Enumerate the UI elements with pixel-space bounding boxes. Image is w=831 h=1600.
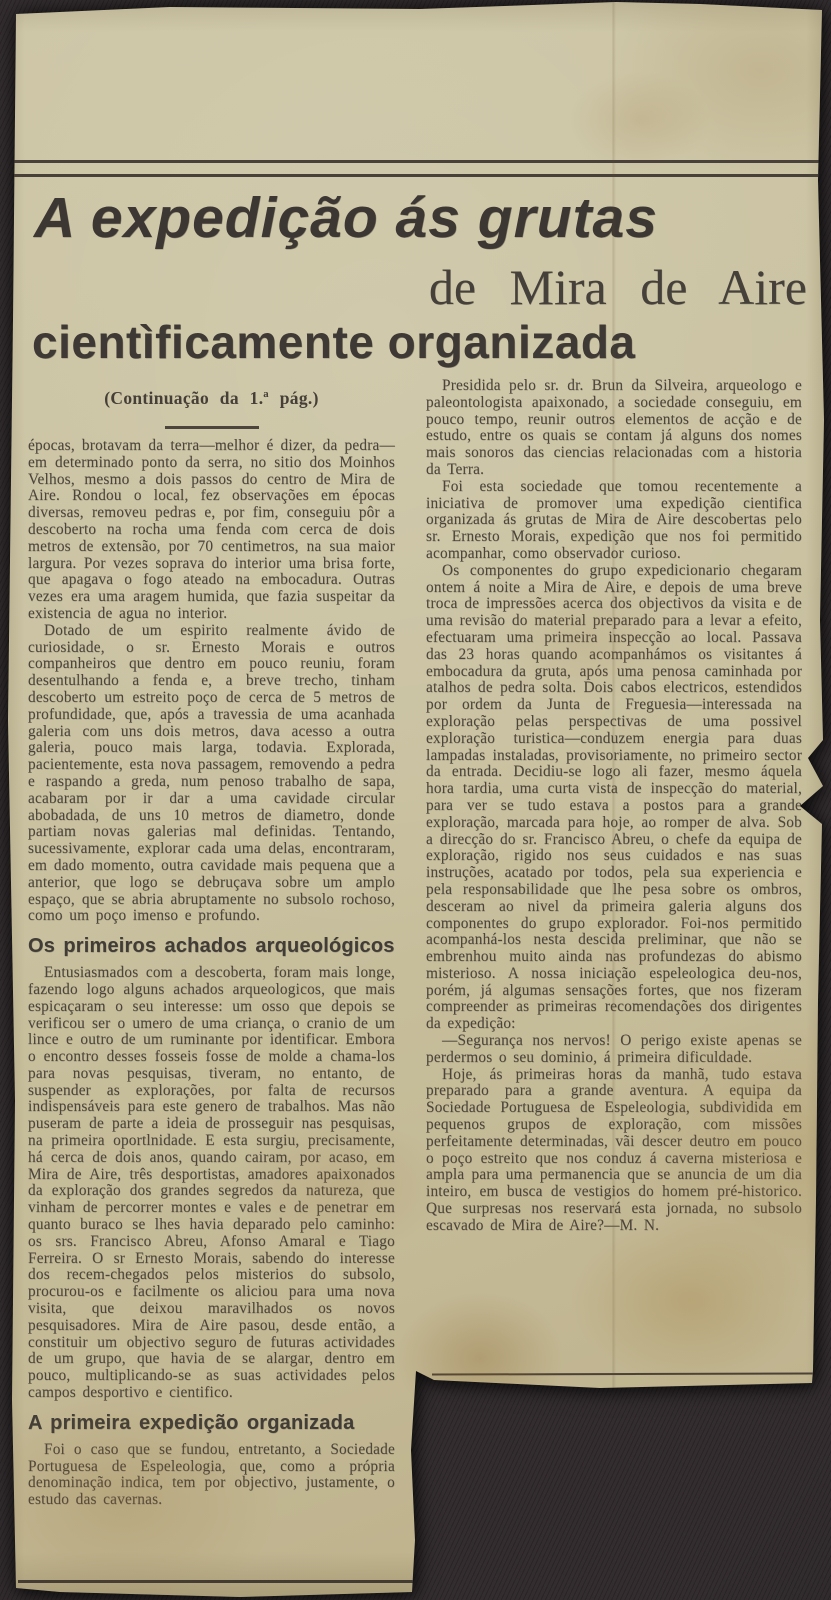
article-paragraph: Hoje, ás primeiras horas da manhã, tudo …	[426, 1067, 802, 1235]
scan-background: A expedição ás grutas de Mira de Aire ci…	[0, 0, 831, 1600]
clipping-bottom-rule	[18, 1580, 413, 1583]
continuation-divider-rule	[165, 426, 259, 429]
article-paragraph: épocas, brotavam da terra—melhor é dizer…	[28, 438, 395, 623]
article-paragraph: Dotado de um espirito realmente ávido de…	[28, 623, 395, 925]
top-double-rule-lower	[12, 174, 822, 177]
headline-line-2: de Mira de Aire	[330, 262, 807, 312]
right-column: Presidida pelo sr. dr. Brun da Silveira,…	[426, 378, 802, 1235]
headline-line-1: A expedição ás grutas	[34, 190, 658, 247]
subheading-first-expedition: A primeira expedição organizada	[28, 1411, 395, 1435]
article-paragraph: Presidida pelo sr. dr. Brun da Silveira,…	[426, 378, 802, 479]
article-paragraph: Os componentes do grupo expedicionario c…	[426, 563, 802, 1033]
article-paragraph: Foi o caso que se fundou, entretanto, a …	[28, 1442, 395, 1509]
continuation-note: (Continuação da 1.ª pág.)	[28, 389, 395, 408]
article-paragraph: —Segurança nos nervos! O perigo existe a…	[426, 1033, 802, 1067]
newspaper-clipping: A expedição ás grutas de Mira de Aire ci…	[0, 0, 831, 1600]
right-column-end-rule	[432, 1373, 814, 1376]
article-paragraph: Entusiasmados com a descoberta, foram ma…	[28, 965, 395, 1402]
subheading-archeology: Os primeiros achados arqueológicos	[28, 934, 395, 958]
left-column: épocas, brotavam da terra—melhor é dizer…	[28, 438, 395, 1509]
article-paragraph: Foi esta sociedade que tomou recentement…	[426, 479, 802, 563]
headline-line-3: cientìficamente organizada	[32, 319, 636, 365]
top-double-rule-upper	[12, 160, 822, 163]
clipping-paper: A expedição ás grutas de Mira de Aire ci…	[0, 0, 831, 1600]
